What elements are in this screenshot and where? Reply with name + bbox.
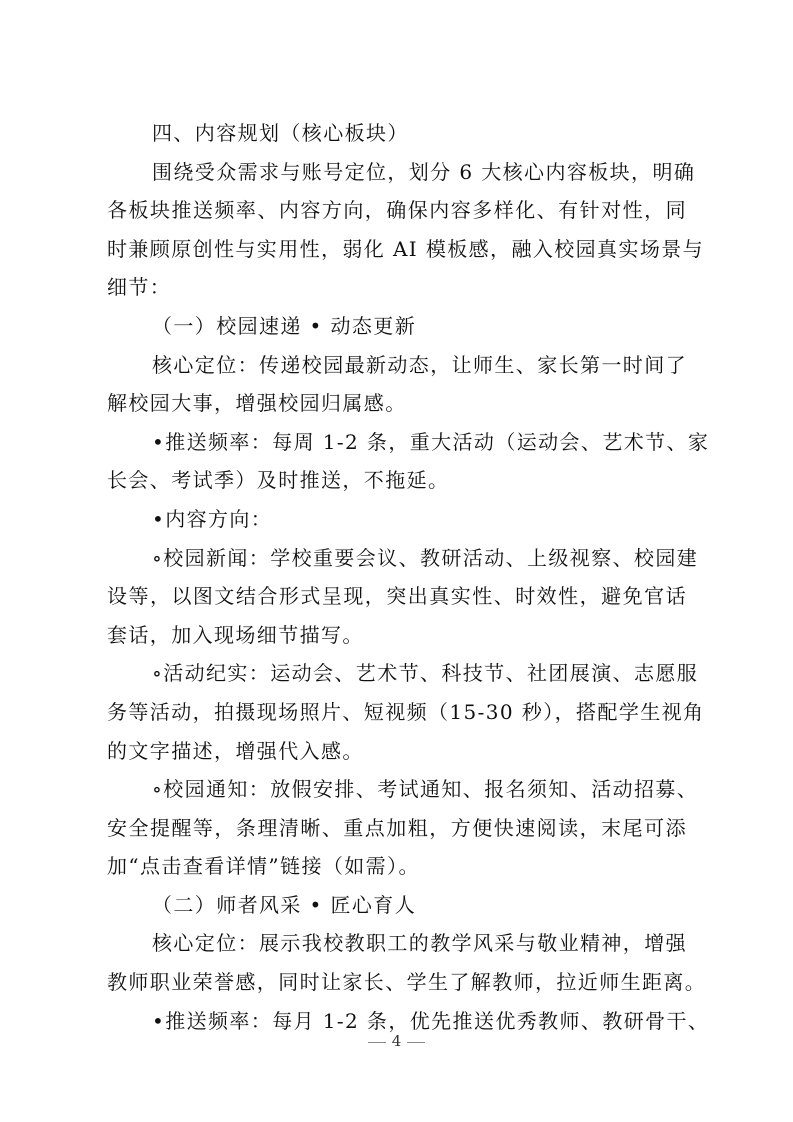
list-item-notices: ∘校园通知：放假安排、考试通知、报名须知、活动招募、 xyxy=(107,770,687,809)
list-item-notices: 安全提醒等，条理清晰、重点加粗，方便快速阅读，末尾可添 xyxy=(107,809,687,848)
list-item-activities: ∘活动纪实：运动会、艺术节、科技节、社团展演、志愿服 xyxy=(107,654,687,693)
page-number: 4 xyxy=(392,1032,402,1050)
block1-positioning: 解校园大事，增强校园归属感。 xyxy=(107,384,687,423)
section-title: 四、内容规划（核心板块） xyxy=(107,114,687,153)
footer-dash-left xyxy=(368,1042,386,1043)
list-item-activities: 的文字描述，增强代入感。 xyxy=(107,732,687,771)
list-item-news: ∘校园新闻：学校重要会议、教研活动、上级视察、校园建 xyxy=(107,539,687,578)
block1-positioning: 核心定位：传递校园最新动态，让师生、家长第一时间了 xyxy=(107,346,687,385)
document-page: 四、内容规划（核心板块） 围绕受众需求与账号定位，划分 6 大核心内容板块，明确… xyxy=(107,114,687,1040)
intro-line: 时兼顾原创性与实用性，弱化 AI 模板感，融入校园真实场景与 xyxy=(107,230,687,269)
block1-title: （一）校园速递 • 动态更新 xyxy=(107,307,687,346)
list-item-activities: 务等活动，拍摄现场照片、短视频（15-30 秒），搭配学生视角 xyxy=(107,693,687,732)
block2-positioning: 核心定位：展示我校教职工的教学风采与敬业精神，增强 xyxy=(107,924,687,963)
block1-frequency: •推送频率：每周 1-2 条，重大活动（运动会、艺术节、家 xyxy=(107,423,687,462)
block1-direction-label: •内容方向： xyxy=(107,500,687,539)
footer-dash-right xyxy=(407,1042,425,1043)
intro-line: 围绕受众需求与账号定位，划分 6 大核心内容板块，明确 xyxy=(107,153,687,192)
intro-line: 各板块推送频率、内容方向，确保内容多样化、有针对性，同 xyxy=(107,191,687,230)
intro-line: 细节： xyxy=(107,268,687,307)
block2-positioning: 教师职业荣誉感，同时让家长、学生了解教师，拉近师生距离。 xyxy=(107,963,687,1002)
list-item-news: 设等，以图文结合形式呈现，突出真实性、时效性，避免官话 xyxy=(107,577,687,616)
list-item-notices: 加“点击查看详情”链接（如需）。 xyxy=(107,847,687,886)
page-footer: 4 xyxy=(0,1032,793,1050)
block2-title: （二）师者风采 • 匠心育人 xyxy=(107,886,687,925)
block1-frequency: 长会、考试季）及时推送，不拖延。 xyxy=(107,461,687,500)
list-item-news: 套话，加入现场细节描写。 xyxy=(107,616,687,655)
